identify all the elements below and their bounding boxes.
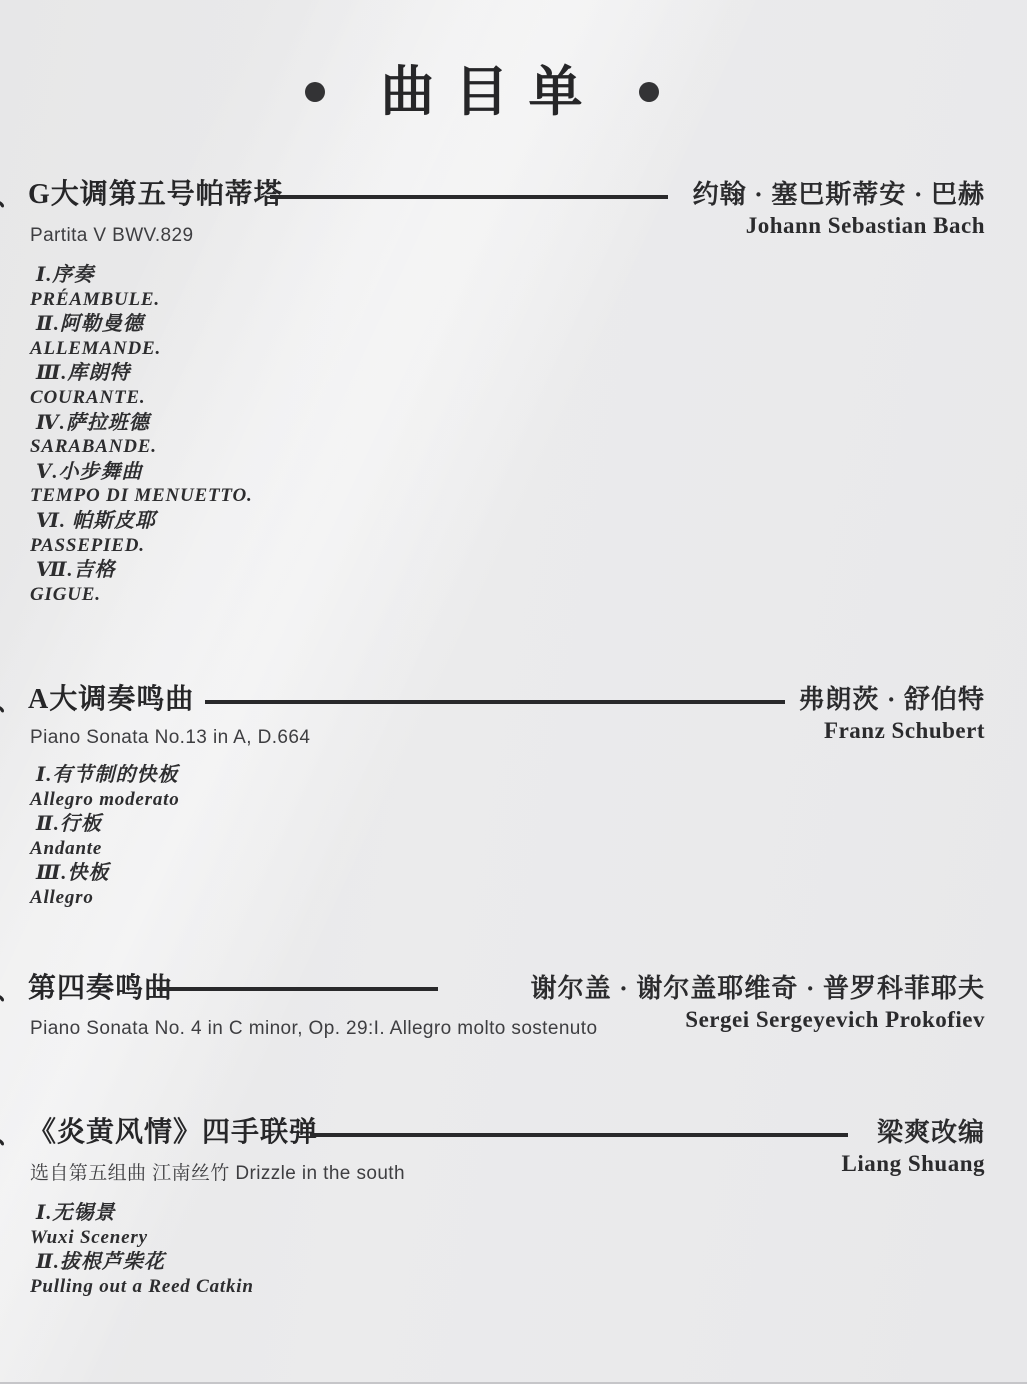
piece-title: A大调奏鸣曲: [28, 683, 194, 717]
movement-title-en: ALLEMANDE.: [30, 337, 253, 362]
movement-title-zh: Ⅰ.有节制的快板: [30, 763, 180, 788]
composer-block: 弗朗茨 · 舒伯特 Franz Schubert: [798, 685, 985, 745]
piece-subtitle: Partita V BWV.829: [30, 225, 193, 247]
movement-item: Ⅶ.吉格 GIGUE.: [30, 558, 253, 607]
movement-title-en: Wuxi Scenery: [30, 1226, 254, 1251]
movement-title-zh: Ⅲ.库朗特: [30, 361, 253, 386]
composer-name-en: Johann Sebastian Bach: [693, 212, 985, 240]
composer-name-en: Liang Shuang: [842, 1150, 985, 1178]
movement-title-en: COURANTE.: [30, 386, 253, 411]
movement-title-zh: Ⅶ.吉格: [30, 558, 253, 583]
movement-title-zh: Ⅱ.行板: [30, 812, 180, 837]
movement-title-zh: Ⅳ.萨拉班德: [30, 411, 253, 436]
movement-item: Ⅰ.无锡景 Wuxi Scenery: [30, 1201, 254, 1250]
movement-item: Ⅱ.行板 Andante: [30, 812, 180, 861]
movement-title-en: PASSEPIED.: [30, 534, 253, 559]
movement-item: Ⅲ.库朗特 COURANTE.: [30, 361, 253, 410]
movement-title-en: GIGUE.: [30, 583, 253, 608]
movement-item: Ⅱ.拔根芦柴花 Pulling out a Reed Catkin: [30, 1250, 254, 1299]
movement-title-en: Allegro: [30, 886, 180, 911]
movement-title-zh: Ⅵ. 帕斯皮耶: [30, 509, 253, 534]
movement-item: Ⅳ.萨拉班德 SARABANDE.: [30, 411, 253, 460]
separator-rule: [205, 700, 785, 704]
piece-title: 第四奏鸣曲: [28, 972, 173, 1006]
program-page: 曲目单 、 G大调第五号帕蒂塔 约翰 · 塞巴斯蒂安 · 巴赫 Johann S…: [0, 0, 1027, 1384]
composer-name-zh: 弗朗茨 · 舒伯特: [798, 685, 985, 715]
composer-block: 约翰 · 塞巴斯蒂安 · 巴赫 Johann Sebastian Bach: [693, 180, 985, 240]
movement-title-en: SARABANDE.: [30, 435, 253, 460]
section-marker: 、: [0, 687, 22, 717]
piece-title: 《炎黄风情》四手联弹: [28, 1116, 318, 1150]
piece-title: G大调第五号帕蒂塔: [28, 178, 283, 212]
movement-title-zh: Ⅰ.无锡景: [30, 1201, 254, 1226]
composer-block: 谢尔盖 · 谢尔盖耶维奇 · 普罗科菲耶夫 Sergei Sergeyevich…: [531, 974, 985, 1034]
movement-title-en: Allegro moderato: [30, 788, 180, 813]
movement-list: Ⅰ.序奏 PRÉAMBULE. Ⅱ.阿勒曼德 ALLEMANDE. Ⅲ.库朗特 …: [30, 263, 253, 607]
page-title: 曲目单: [381, 56, 603, 129]
separator-rule: [270, 195, 668, 199]
section-marker: 、: [0, 182, 22, 212]
page-header: 曲目单: [0, 56, 995, 129]
section-marker: 、: [0, 1120, 22, 1150]
movement-item: Ⅱ.阿勒曼德 ALLEMANDE.: [30, 312, 253, 361]
movement-list: Ⅰ.无锡景 Wuxi Scenery Ⅱ.拔根芦柴花 Pulling out a…: [30, 1201, 254, 1299]
composer-name-en: Sergei Sergeyevich Prokofiev: [531, 1006, 985, 1034]
section-marker: 、: [0, 976, 22, 1006]
composer-name-zh: 谢尔盖 · 谢尔盖耶维奇 · 普罗科菲耶夫: [531, 974, 985, 1004]
movement-title-en: PRÉAMBULE.: [30, 288, 253, 313]
movement-title-zh: Ⅱ.阿勒曼德: [30, 312, 253, 337]
movement-list: Ⅰ.有节制的快板 Allegro moderato Ⅱ.行板 Andante Ⅲ…: [30, 763, 180, 911]
movement-item: Ⅰ.序奏 PRÉAMBULE.: [30, 263, 253, 312]
composer-name-zh: 梁爽改编: [842, 1118, 985, 1148]
movement-title-en: TEMPO DI MENUETTO.: [30, 484, 253, 509]
separator-rule: [157, 987, 438, 991]
piece-subtitle: 选自第五组曲 江南丝竹 Drizzle in the south: [30, 1163, 405, 1185]
movement-item: Ⅴ.小步舞曲 TEMPO DI MENUETTO.: [30, 460, 253, 509]
movement-title-en: Andante: [30, 837, 180, 862]
piece-subtitle: Piano Sonata No. 4 in C minor, Op. 29:I.…: [30, 1018, 597, 1040]
movement-title-zh: Ⅱ.拔根芦柴花: [30, 1250, 254, 1275]
title-dot-right-icon: [639, 82, 659, 102]
movement-title-zh: Ⅲ.快板: [30, 861, 180, 886]
separator-rule: [310, 1133, 848, 1137]
title-dot-left-icon: [305, 82, 325, 102]
movement-item: Ⅵ. 帕斯皮耶 PASSEPIED.: [30, 509, 253, 558]
composer-name-en: Franz Schubert: [798, 717, 985, 745]
piece-subtitle: Piano Sonata No.13 in A, D.664: [30, 727, 310, 749]
movement-title-en: Pulling out a Reed Catkin: [30, 1275, 254, 1300]
composer-name-zh: 约翰 · 塞巴斯蒂安 · 巴赫: [693, 180, 985, 210]
movement-item: Ⅲ.快板 Allegro: [30, 861, 180, 910]
composer-block: 梁爽改编 Liang Shuang: [842, 1118, 985, 1178]
movement-item: Ⅰ.有节制的快板 Allegro moderato: [30, 763, 180, 812]
movement-title-zh: Ⅰ.序奏: [30, 263, 253, 288]
movement-title-zh: Ⅴ.小步舞曲: [30, 460, 253, 485]
